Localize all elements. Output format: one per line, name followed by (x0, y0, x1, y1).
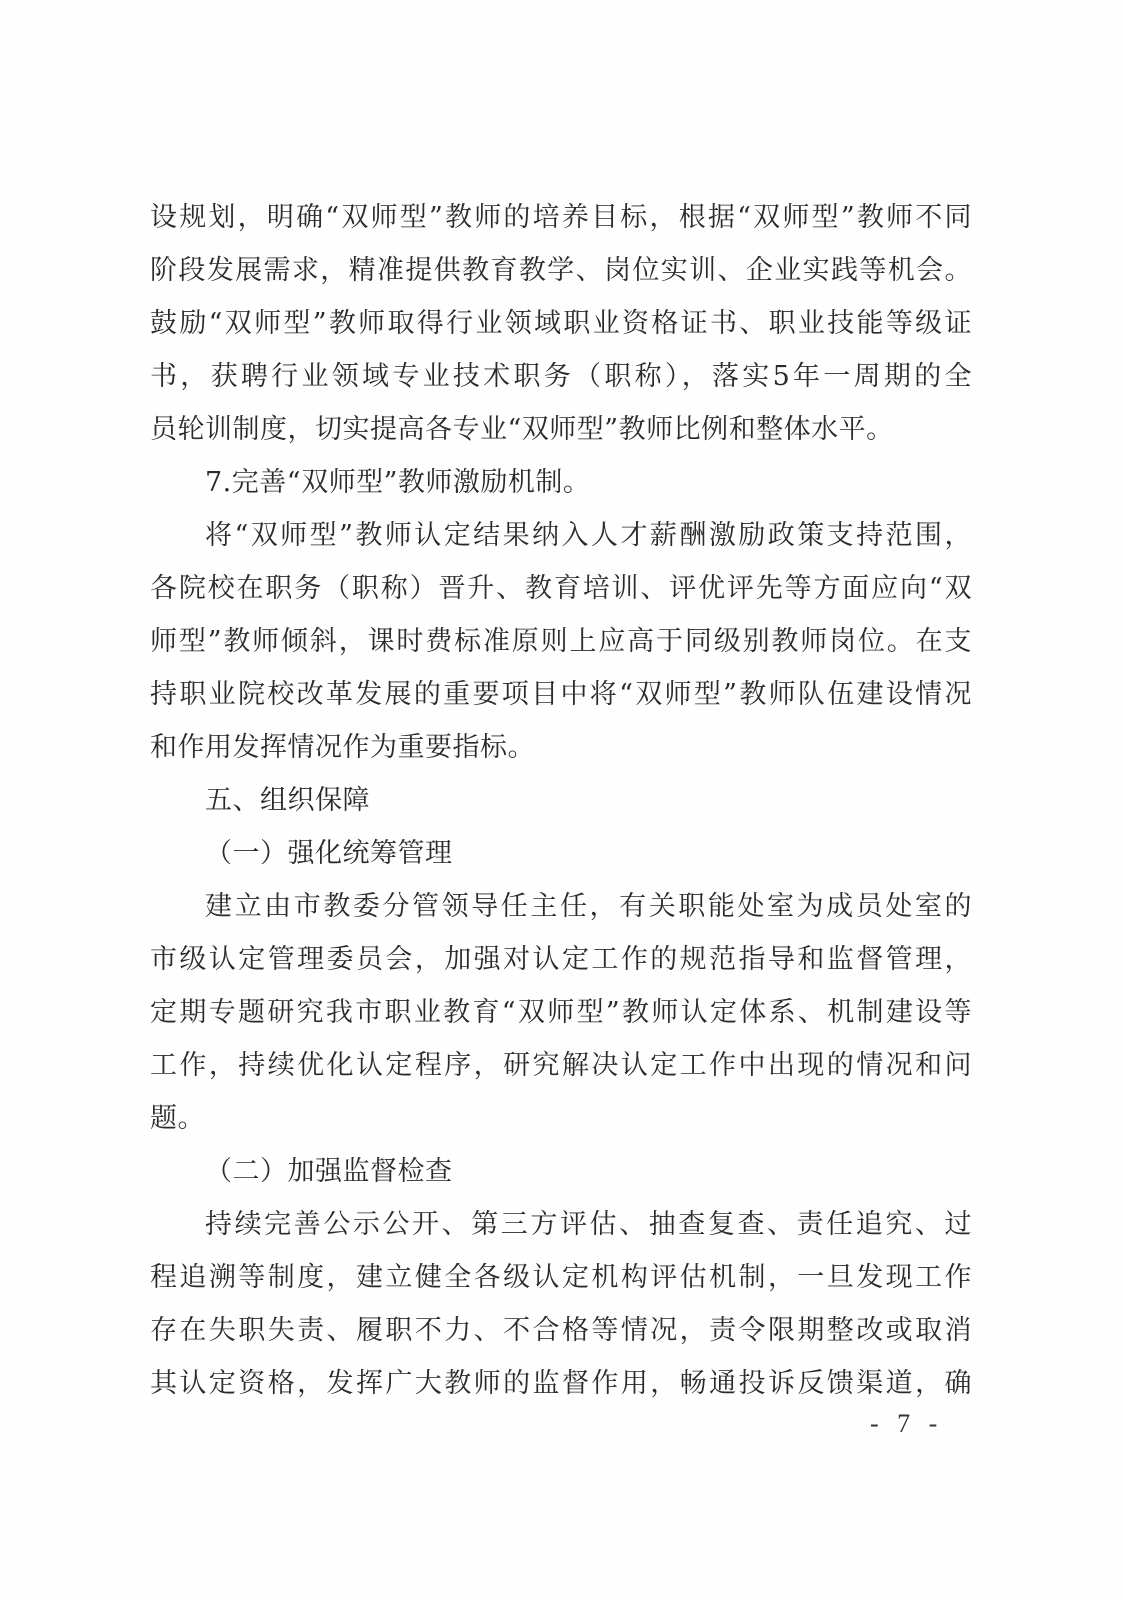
paragraph-line: 各院校在职务（职称）晋升、教育培训、评优评先等方面应向“双 (150, 569, 972, 609)
paragraph-line: 存在失职失责、履职不力、不合格等情况，责令限期整改或取消 (150, 1311, 972, 1351)
subheading-incentive-mechanism: 7.完善“双师型”教师激励机制。 (205, 463, 972, 503)
subheading-supervision-inspection: （二）加强监督检查 (205, 1152, 972, 1192)
paragraph-line: 市级认定管理委员会，加强对认定工作的规范指导和监督管理， (150, 940, 972, 980)
paragraph-line: 将“双师型”教师认定结果纳入人才薪酬激励政策支持范围， (205, 516, 972, 556)
paragraph-line: 持续完善公示公开、第三方评估、抽查复查、责任追究、过 (205, 1205, 972, 1245)
subheading-coordination-management: （一）强化统筹管理 (205, 834, 972, 874)
paragraph-line: 阶段发展需求，精准提供教育教学、岗位实训、企业实践等机会。 (150, 251, 972, 291)
paragraph-line: 其认定资格，发挥广大教师的监督作用，畅通投诉反馈渠道，确 (150, 1364, 972, 1404)
page-number: - 7 - (870, 1404, 943, 1444)
paragraph-line: 定期专题研究我市职业教育“双师型”教师认定体系、机制建设等 (150, 993, 972, 1033)
paragraph-line: 鼓励“双师型”教师取得行业领域职业资格证书、职业技能等级证 (150, 304, 972, 344)
paragraph-line: 书，获聘行业领域专业技术职务（职称），落实5年一周期的全 (150, 357, 972, 397)
paragraph-line: 和作用发挥情况作为重要指标。 (150, 728, 972, 768)
paragraph-line: 题。 (150, 1099, 972, 1139)
paragraph-line: 程追溯等制度，建立健全各级认定机构评估机制，一旦发现工作 (150, 1258, 972, 1298)
paragraph-line: 工作，持续优化认定程序，研究解决认定工作中出现的情况和问 (150, 1046, 972, 1086)
section-heading-organizational-guarantee: 五、组织保障 (205, 781, 972, 821)
paragraph-line: 师型”教师倾斜，课时费标准原则上应高于同级别教师岗位。在支 (150, 622, 972, 662)
paragraph-line: 持职业院校改革发展的重要项目中将“双师型”教师队伍建设情况 (150, 675, 972, 715)
paragraph-line: 建立由市教委分管领导任主任，有关职能处室为成员处室的 (205, 887, 972, 927)
paragraph-line: 设规划，明确“双师型”教师的培养目标，根据“双师型”教师不同 (150, 198, 972, 238)
document-page: 设规划，明确“双师型”教师的培养目标，根据“双师型”教师不同 阶段发展需求，精准… (0, 0, 1123, 1600)
paragraph-line: 员轮训制度，切实提高各专业“双师型”教师比例和整体水平。 (150, 410, 972, 450)
